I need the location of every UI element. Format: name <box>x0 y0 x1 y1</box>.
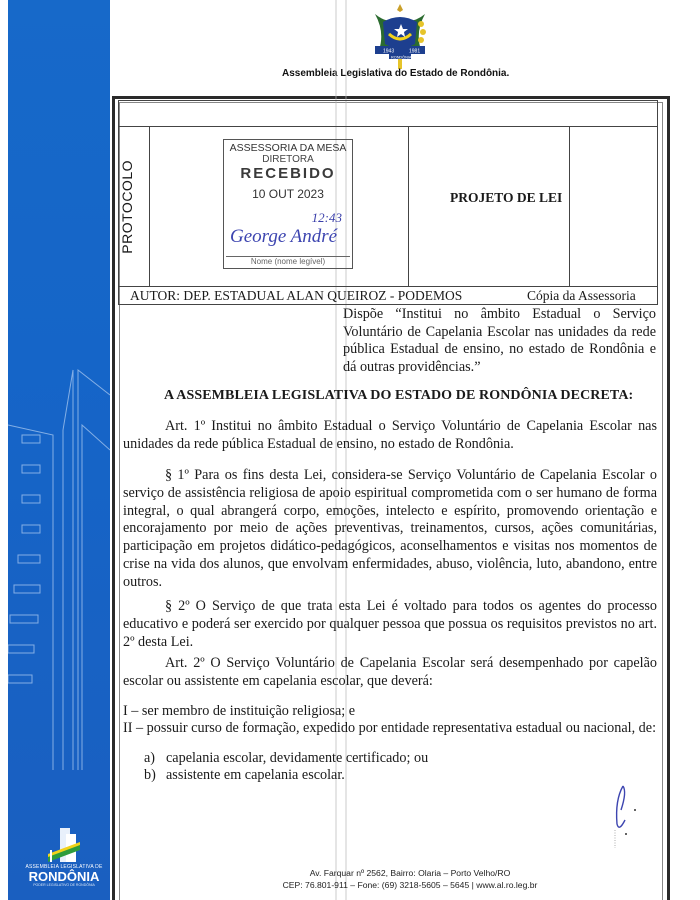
inciso-2: II – possuir curso de formação, expedido… <box>123 720 663 738</box>
inciso-1: I – ser membro de instituição religiosa;… <box>123 703 663 721</box>
footer-address: Av. Farquar nº 2562, Bairro: Olaria – Po… <box>200 868 620 878</box>
alinea-b: b)assistente em capelania escolar. <box>144 767 345 785</box>
document-type: PROJETO DE LEI <box>450 190 562 206</box>
institution-title: Assembleia Legislativa do Estado de Rond… <box>282 68 509 79</box>
article-1: Art. 1º Institui no âmbito Estadual o Se… <box>123 418 657 454</box>
sidebar-band: ASSEMBLEIA LEGISLATIVA DE RONDÔNIA PODER… <box>8 0 110 900</box>
copy-note: Cópia da Assessoria <box>527 288 636 304</box>
received-stamp: ASSESSORIA DA MESA DIRETORA RECEBIDO 10 … <box>223 139 353 269</box>
footer-contact: CEP: 76.801-911 – Fone: (69) 3218-5605 –… <box>200 880 620 890</box>
author-line: AUTOR: DEP. ESTADUAL ALAN QUEIROZ - PODE… <box>130 288 462 304</box>
protocol-label: PROTOCOLO <box>119 160 135 254</box>
stamp-time: 12:43 <box>312 210 342 226</box>
article-1-paragraph-2: § 2º O Serviço de que trata esta Lei é v… <box>123 598 657 651</box>
logo-subcaption: PODER LEGISLATIVO DE RONDÔNIA <box>18 883 110 887</box>
svg-text:1981: 1981 <box>409 49 420 55</box>
alinea-a: a)capelania escolar, devidamente certifi… <box>144 750 428 768</box>
logo-name: RONDÔNIA <box>18 870 110 883</box>
building-flag-icon <box>44 826 84 864</box>
svg-text:1943: 1943 <box>383 49 394 55</box>
article-1-paragraph-1: § 1º Para os fins desta Lei, considera-s… <box>123 467 657 592</box>
stamp-date: 10 OUT 2023 <box>224 185 352 203</box>
coat-of-arms-icon: 1943 1981 RONDÔNIA <box>365 2 435 70</box>
stamp-subdepartment: DIRETORA <box>224 154 352 165</box>
protocol-table: PROTOCOLO <box>118 100 658 305</box>
handwritten-rubric <box>605 780 645 850</box>
stamp-signature: George André <box>230 226 337 248</box>
ementa: Dispõe “Institui no âmbito Estadual o Se… <box>343 306 656 376</box>
building-outline-graphic <box>8 340 110 800</box>
stamp-status: RECEBIDO <box>224 165 352 183</box>
svg-text:RONDÔNIA: RONDÔNIA <box>391 54 412 59</box>
stamp-department: ASSESSORIA DA MESA <box>224 143 352 154</box>
decree-heading: A ASSEMBLEIA LEGISLATIVA DO ESTADO DE RO… <box>164 388 633 404</box>
stamp-footer: Nome (nome legível) <box>226 256 350 266</box>
article-2: Art. 2º O Serviço Voluntário de Capelani… <box>123 655 657 691</box>
assembly-logo: ASSEMBLEIA LEGISLATIVA DE RONDÔNIA PODER… <box>18 826 110 887</box>
